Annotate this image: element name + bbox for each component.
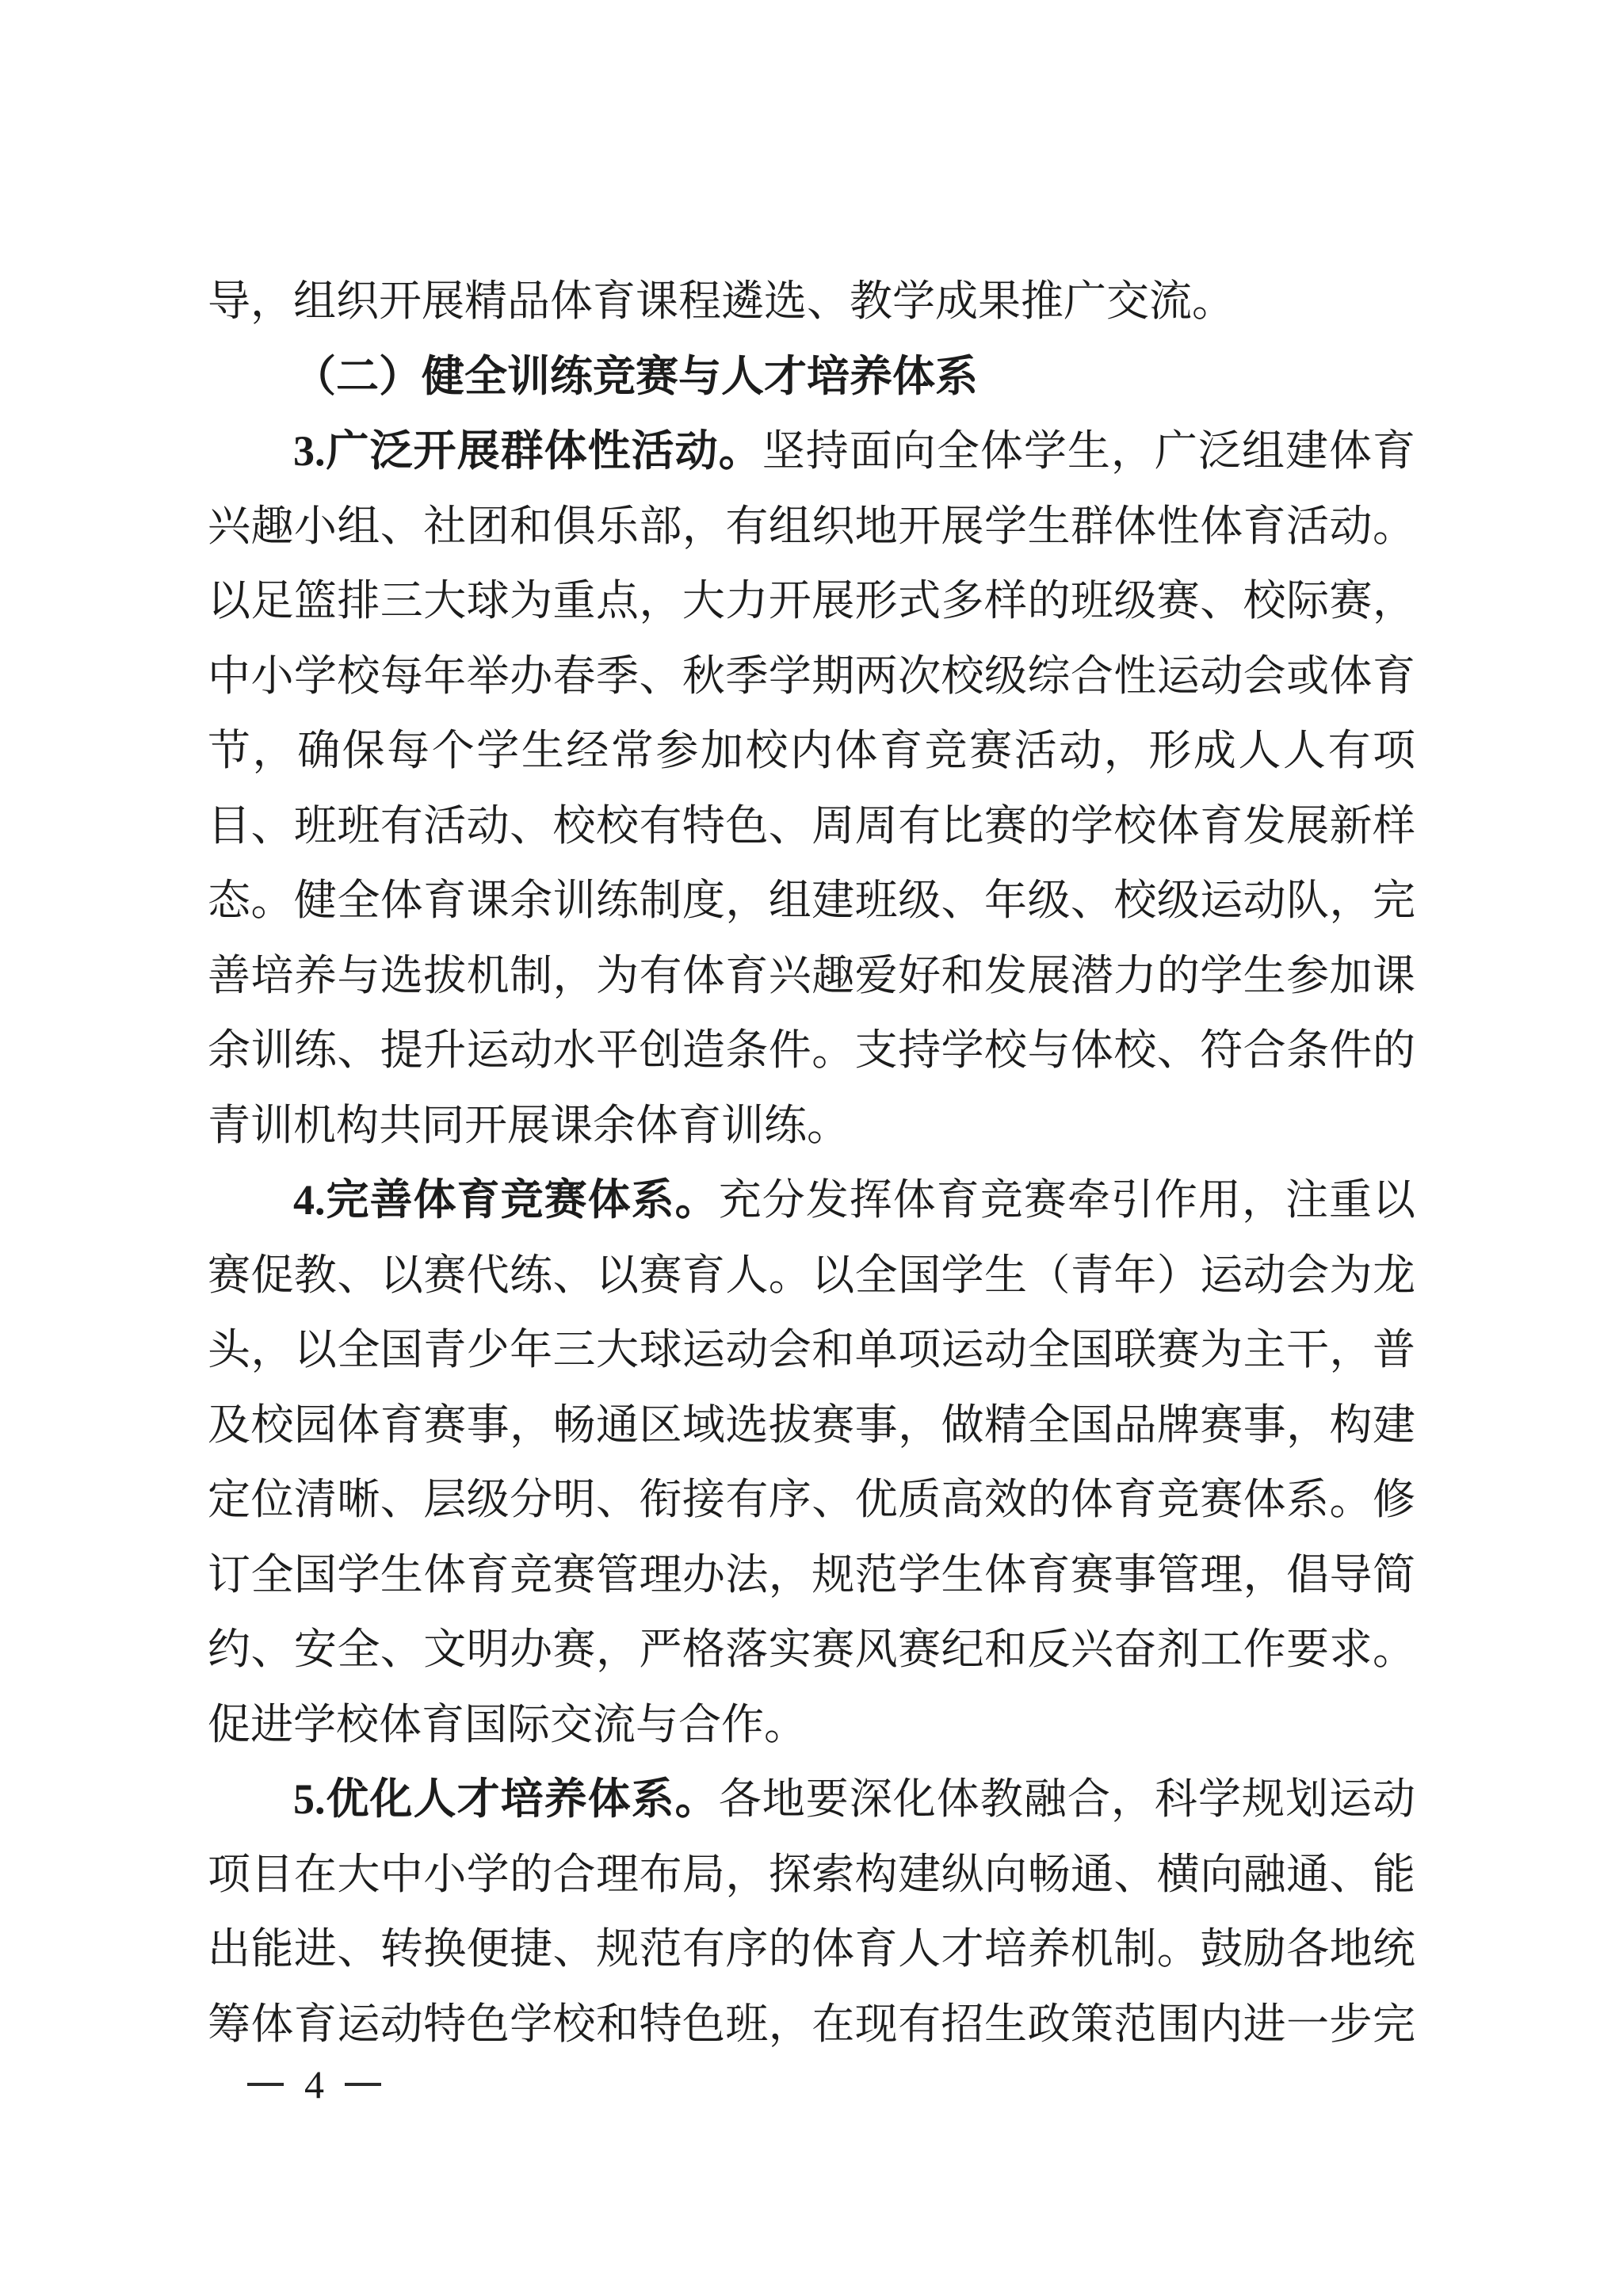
- document-page: 导，组织开展精品体育课程遴选、教学成果推广交流。（二）健全训练竞赛与人才培养体系…: [0, 0, 1623, 2296]
- body-text-segment: 坚持面向全体学生，广泛组建体育: [762, 427, 1415, 475]
- page-footer: 4: [247, 2062, 381, 2107]
- emphasis-text-segment: 4.完善体育竞赛体系。: [293, 1176, 719, 1224]
- text-line: 项目在大中小学的合理布局，探索构建纵向畅通、横向融通、能: [208, 1837, 1415, 1912]
- footer-left-dash: [247, 2083, 284, 2086]
- body-text-segment: 定位清晰、层级分明、衔接有序、优质高效的体育竞赛体系。修: [208, 1476, 1415, 1523]
- text-line: 及校园体育赛事，畅通区域选拔赛事，做精全国品牌赛事，构建: [208, 1388, 1415, 1463]
- text-line: 出能进、转换便捷、规范有序的体育人才培养机制。鼓励各地统: [208, 1912, 1415, 1987]
- text-line: 4.完善体育竞赛体系。充分发挥体育竞赛牵引作用，注重以: [208, 1163, 1415, 1238]
- emphasis-text-segment: （二）健全训练竞赛与人才培养体系: [293, 353, 978, 400]
- body-text-segment: 青训机构共同开展课余体育训练。: [208, 1102, 850, 1149]
- page-number: 4: [304, 2062, 324, 2107]
- footer-right-dash: [345, 2083, 381, 2086]
- text-line: 定位清晰、层级分明、衔接有序、优质高效的体育竞赛体系。修: [208, 1462, 1415, 1538]
- text-line: 3.广泛开展群体性活动。坚持面向全体学生，广泛组建体育: [208, 414, 1415, 489]
- text-line: 5.优化人才培养体系。各地要深化体教融合，科学规划运动: [208, 1762, 1415, 1837]
- body-text-segment: 余训练、提升运动水平创造条件。支持学校与体校、符合条件的: [208, 1026, 1415, 1074]
- text-line: 青训机构共同开展课余体育训练。: [208, 1088, 1415, 1163]
- text-line: 订全国学生体育竞赛管理办法，规范学生体育赛事管理，倡导简: [208, 1538, 1415, 1613]
- text-line: 赛促教、以赛代练、以赛育人。以全国学生（青年）运动会为龙: [208, 1238, 1415, 1313]
- text-line: 以足篮排三大球为重点，大力开展形式多样的班级赛、校际赛，: [208, 563, 1415, 639]
- text-line: 态。健全体育课余训练制度，组建班级、年级、校级运动队，完: [208, 863, 1415, 938]
- body-text-segment: 赛促教、以赛代练、以赛育人。以全国学生（青年）运动会为龙: [208, 1251, 1415, 1299]
- body-text-segment: 充分发挥体育竞赛牵引作用，注重以: [719, 1176, 1415, 1224]
- text-line: （二）健全训练竞赛与人才培养体系: [208, 339, 1415, 415]
- body-text-segment: 约、安全、文明办赛，严格落实赛风赛纪和反兴奋剂工作要求。: [208, 1626, 1415, 1673]
- text-line: 兴趣小组、社团和俱乐部，有组织地开展学生群体性体育活动。: [208, 489, 1415, 564]
- text-line: 善培养与选拔机制，为有体育兴趣爱好和发展潜力的学生参加课: [208, 938, 1415, 1014]
- body-text-segment: 各地要深化体教融合，科学规划运动: [719, 1775, 1415, 1823]
- body-text-segment: 态。健全体育课余训练制度，组建班级、年级、校级运动队，完: [208, 877, 1415, 924]
- body-text-segment: 订全国学生体育竞赛管理办法，规范学生体育赛事管理，倡导简: [208, 1551, 1415, 1599]
- body-text-segment: 中小学校每年举办春季、秋季学期两次校级综合性运动会或体育: [208, 652, 1415, 700]
- body-text-segment: 出能进、转换便捷、规范有序的体育人才培养机制。鼓励各地统: [208, 1925, 1415, 1973]
- body-text-segment: 项目在大中小学的合理布局，探索构建纵向畅通、横向融通、能: [208, 1851, 1415, 1898]
- body-text-segment: 目、班班有活动、校校有特色、周周有比赛的学校体育发展新样: [208, 802, 1415, 850]
- emphasis-text-segment: 3.广泛开展群体性活动。: [293, 427, 762, 475]
- body-text-segment: 及校园体育赛事，畅通区域选拔赛事，做精全国品牌赛事，构建: [208, 1401, 1415, 1449]
- body-text-segment: 节，确保每个学生经常参加校内体育竞赛活动，形成人人有项: [208, 727, 1415, 774]
- text-line: 头，以全国青少年三大球运动会和单项运动全国联赛为主干，普: [208, 1312, 1415, 1388]
- text-line: 导，组织开展精品体育课程遴选、教学成果推广交流。: [208, 264, 1415, 339]
- text-line: 节，确保每个学生经常参加校内体育竞赛活动，形成人人有项: [208, 713, 1415, 789]
- body-text-segment: 兴趣小组、社团和俱乐部，有组织地开展学生群体性体育活动。: [208, 502, 1415, 550]
- body-text-segment: 善培养与选拔机制，为有体育兴趣爱好和发展潜力的学生参加课: [208, 952, 1415, 999]
- body-text-segment: 以足篮排三大球为重点，大力开展形式多样的班级赛、校际赛，: [208, 577, 1415, 625]
- text-line: 促进学校体育国际交流与合作。: [208, 1687, 1415, 1763]
- emphasis-text-segment: 5.优化人才培养体系。: [293, 1775, 719, 1823]
- document-text-block: 导，组织开展精品体育课程遴选、教学成果推广交流。（二）健全训练竞赛与人才培养体系…: [208, 264, 1415, 2061]
- body-text-segment: 筹体育运动特色学校和特色班，在现有招生政策范围内进一步完: [208, 2000, 1415, 2048]
- body-text-segment: 导，组织开展精品体育课程遴选、教学成果推广交流。: [208, 277, 1235, 325]
- body-text-segment: 促进学校体育国际交流与合作。: [208, 1701, 807, 1748]
- text-line: 余训练、提升运动水平创造条件。支持学校与体校、符合条件的: [208, 1013, 1415, 1088]
- text-line: 筹体育运动特色学校和特色班，在现有招生政策范围内进一步完: [208, 1987, 1415, 2062]
- text-line: 中小学校每年举办春季、秋季学期两次校级综合性运动会或体育: [208, 639, 1415, 714]
- text-line: 约、安全、文明办赛，严格落实赛风赛纪和反兴奋剂工作要求。: [208, 1612, 1415, 1687]
- body-text-segment: 头，以全国青少年三大球运动会和单项运动全国联赛为主干，普: [208, 1326, 1415, 1373]
- text-line: 目、班班有活动、校校有特色、周周有比赛的学校体育发展新样: [208, 789, 1415, 864]
